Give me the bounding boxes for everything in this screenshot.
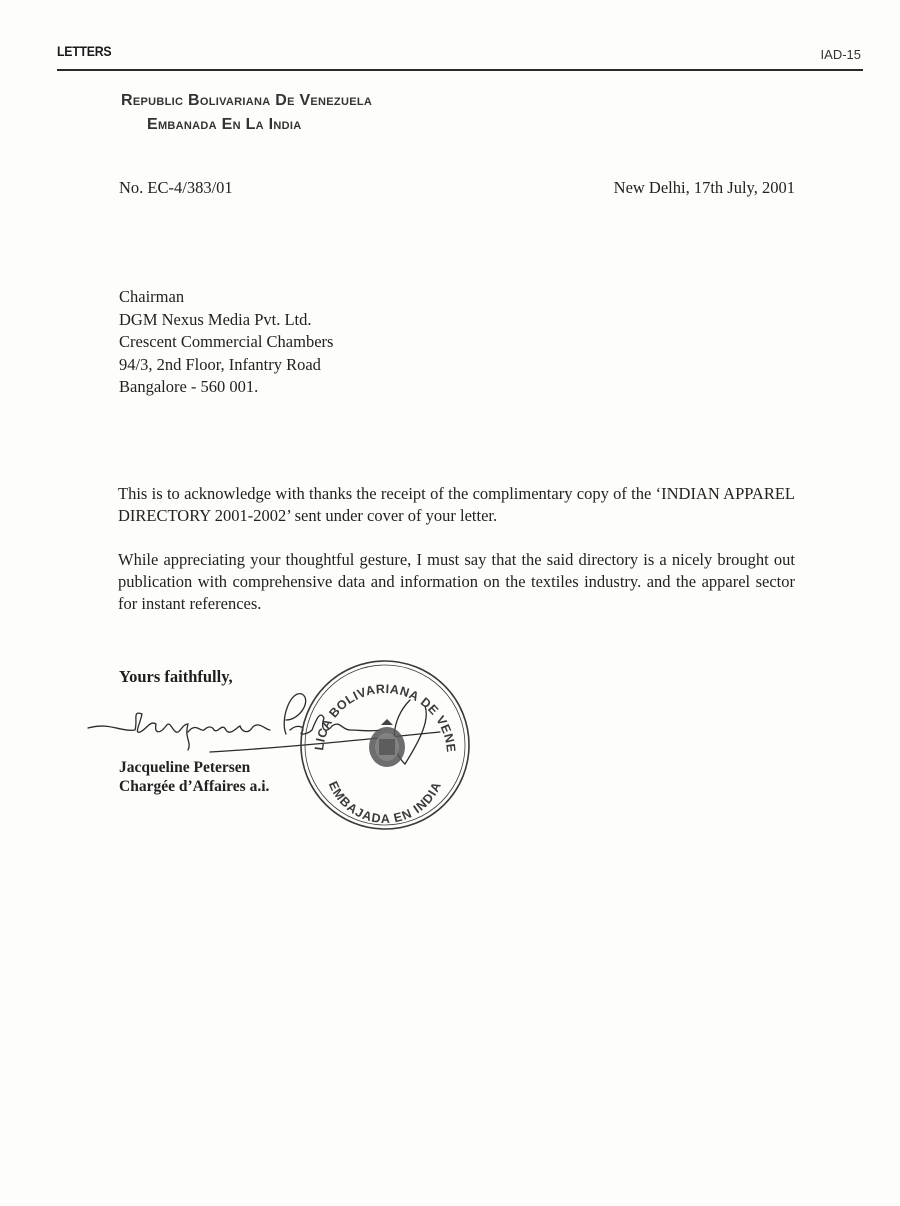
- signer-title: Chargée d’Affaires a.i.: [119, 777, 269, 796]
- body-paragraph: While appreciating your thoughtful gestu…: [118, 549, 795, 615]
- signer-name: Jacqueline Petersen: [119, 758, 269, 777]
- embassy-seal-icon: REPUBLICA BOLIVARIANA DE VENEZUELA EMBAJ…: [295, 655, 475, 835]
- body-paragraph: This is to acknowledge with thanks the r…: [118, 483, 795, 527]
- address-line: DGM Nexus Media Pvt. Ltd.: [119, 309, 333, 332]
- svg-text:EMBAJADA EN INDIA: EMBAJADA EN INDIA: [326, 779, 444, 826]
- letterhead-embassy: Embanada En La India: [121, 113, 372, 137]
- address-line: 94/3, 2nd Floor, Infantry Road: [119, 354, 333, 377]
- page-number: IAD-15: [821, 47, 861, 62]
- section-label: LETTERS: [57, 43, 111, 59]
- letterhead-country: Republic Bolivariana De Venezuela: [121, 89, 372, 113]
- recipient-address: Chairman DGM Nexus Media Pvt. Ltd. Cresc…: [119, 286, 333, 399]
- letterhead: Republic Bolivariana De Venezuela Embana…: [121, 89, 372, 137]
- place-date: New Delhi, 17th July, 2001: [614, 178, 795, 198]
- reference-number: No. EC-4/383/01: [119, 178, 233, 198]
- coat-of-arms-icon: [369, 719, 405, 767]
- address-line: Chairman: [119, 286, 333, 309]
- address-line: Bangalore - 560 001.: [119, 376, 333, 399]
- address-line: Crescent Commercial Chambers: [119, 331, 333, 354]
- page-header: LETTERS IAD-15: [57, 43, 863, 71]
- signer-block: Jacqueline Petersen Chargée d’Affaires a…: [119, 758, 269, 796]
- closing-salutation: Yours faithfully,: [119, 667, 233, 687]
